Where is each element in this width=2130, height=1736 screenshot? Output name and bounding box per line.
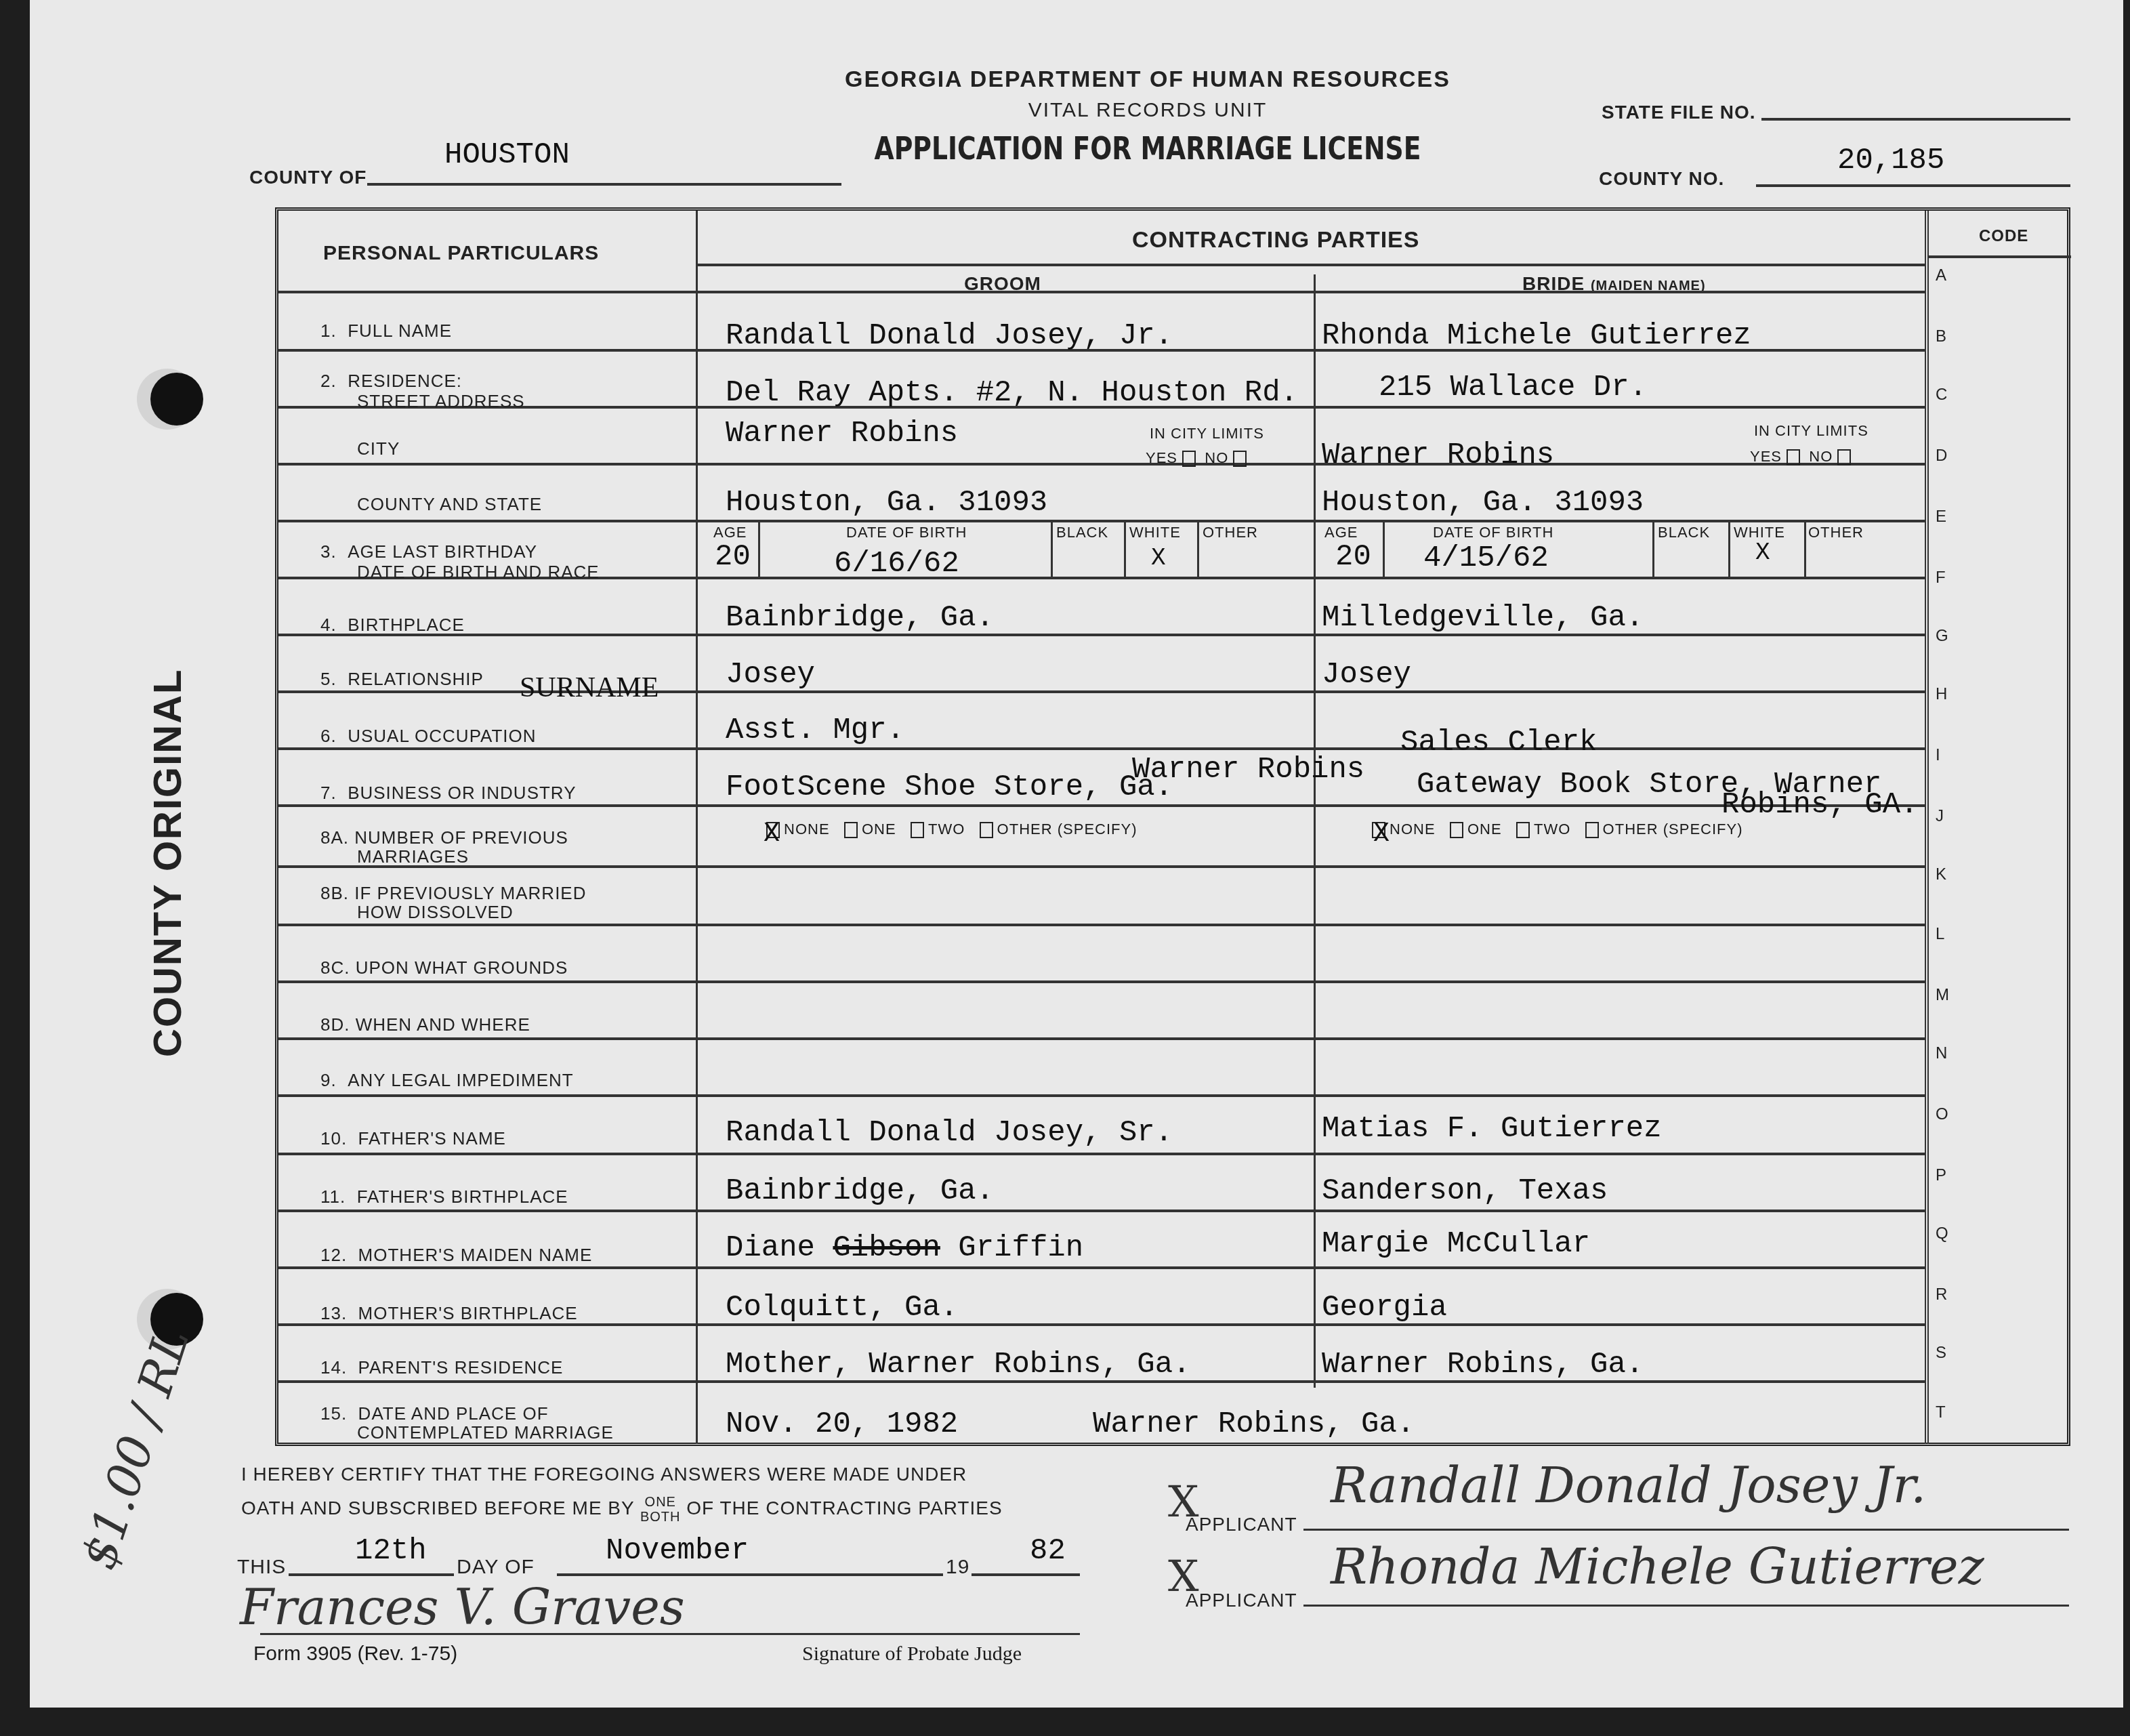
row-label-age: 3. AGE LAST BIRTHDAY [320,541,537,562]
divider [1925,211,1929,1444]
surname-annotation: SURNAME [520,671,659,704]
state-file-no-line [1761,118,2070,121]
divider [1197,520,1199,577]
groom-business: FootScene Shoe Store, Ga. [726,770,1173,804]
groom-marriage-options: NONE ONE TWO OTHER (SPECIFY) [766,821,1137,838]
bride-business-cont: Robins, GA. [1721,788,1918,822]
struck-out-name: Gibson [833,1231,940,1265]
year-prefix: 19 [946,1556,969,1579]
groom-in-city-limits-label: IN CITY LIMITS [1150,425,1264,442]
county-no-label: COUNTY NO. [1599,168,1724,190]
row-number: 8D. [320,1014,350,1035]
divider [1728,520,1730,577]
month-value: November [606,1534,749,1568]
row-label-text: FATHER'S BIRTHPLACE [357,1186,568,1207]
row-label-text: FULL NAME [348,321,452,341]
row-number: 4. [320,615,337,635]
bride-relationship: Josey [1322,658,1411,692]
no-label: NO [1205,449,1228,466]
groom-signature: Randall Donald Josey Jr. [1331,1457,1926,1514]
bride-race-white-mark: X [1755,539,1770,566]
groom-mother-birthplace: Colquitt, Ga. [726,1291,958,1325]
bride-marriage-options: NONE ONE TWO OTHER (SPECIFY) [1372,821,1743,838]
personal-particulars-header: PERSONAL PARTICULARS [323,242,599,265]
divider [278,1210,1925,1212]
row-label-text: WHEN AND WHERE [356,1014,530,1035]
bride-street-address: 215 Wallace Dr. [1379,371,1647,405]
row-label-residence: 2. RESIDENCE: [320,371,462,392]
row-label-text: NUMBER OF PREVIOUS [354,827,568,848]
groom-none-mark: X [764,819,780,850]
bride-none-mark: X [1373,819,1390,850]
county-of-line [367,183,841,186]
row-label-street-address: STREET ADDRESS [357,391,525,412]
row-label-text: DATE AND PLACE OF [358,1403,549,1424]
option-one: ONE [862,821,896,838]
groom-city-no-checkbox[interactable] [1233,451,1247,467]
groom-dob-label: DATE OF BIRTH [846,524,967,541]
option-two: TWO [1534,821,1570,838]
code-o: O [1936,1105,1948,1124]
row-label-mother-maiden-name: 12. MOTHER'S MAIDEN NAME [320,1245,592,1266]
bride-occupation: Sales Clerk [1400,726,1597,760]
row-number: 9. [320,1070,337,1090]
code-header: CODE [1979,227,2028,246]
bride-city-limits-options: YES NO [1750,448,1855,466]
code-p: P [1936,1166,1946,1185]
row-label-full-name: 1. FULL NAME [320,321,452,342]
row-number: 13. [320,1303,347,1323]
row-number: 8C. [320,957,350,978]
row-label-how-dissolved-2: HOW DISSOLVED [357,902,514,923]
judge-signature-caption: Signature of Probate Judge [802,1642,1022,1666]
code-f: F [1936,569,1946,587]
row-label-text: MOTHER'S MAIDEN NAME [358,1245,593,1265]
code-i: I [1936,746,1940,765]
month-line [557,1573,943,1576]
code-m: M [1936,986,1949,1005]
divider [1051,520,1053,577]
divider [278,980,1925,983]
divider [278,747,1925,750]
groom-dob: 6/16/62 [834,547,959,581]
row-label-text: AGE LAST BIRTHDAY [348,541,537,562]
row-number: 2. [320,371,337,391]
option-none: NONE [784,821,830,838]
row-label-text: UPON WHAT GROUNDS [356,957,568,978]
groom-race-white-mark: X [1151,544,1166,572]
bride-age-label: AGE [1324,524,1358,541]
code-g: G [1936,627,1948,646]
applicant-1-label: APPLICANT [1186,1514,1297,1535]
groom-age: 20 [715,540,751,574]
row-label-impediment: 9. ANY LEGAL IMPEDIMENT [320,1070,574,1091]
no-label: NO [1809,448,1833,465]
groom-city: Warner Robins [726,417,958,451]
bride-race-black-label: BLACK [1658,524,1710,541]
divider [1124,520,1126,577]
row-label-text: ANY LEGAL IMPEDIMENT [348,1070,574,1090]
code-c: C [1936,386,1947,405]
row-label-when-where: 8D. WHEN AND WHERE [320,1014,530,1035]
groom-father-birthplace: Bainbridge, Ga. [726,1174,994,1208]
document-page: COUNTY ORIGINAL $1.00 / RL GEORGIA DEPAR… [30,0,2123,1708]
option-other: OTHER (SPECIFY) [997,821,1137,838]
bride-signature: Rhonda Michele Gutierrez [1331,1538,1984,1595]
bride-city-yes-checkbox[interactable] [1787,449,1800,466]
groom-mother-maiden-name: Diane Gibson Griffin [726,1231,1083,1265]
this-label: THIS [237,1556,286,1579]
row-label-business: 7. BUSINESS OR INDUSTRY [320,783,577,804]
day-value: 12th [355,1534,427,1568]
certification-line-1: I HEREBY CERTIFY THAT THE FOREGOING ANSW… [241,1464,967,1485]
year-line [972,1573,1080,1576]
yes-label: YES [1750,448,1782,465]
row-label-county-state: COUNTY AND STATE [357,494,542,515]
state-file-no-label: STATE FILE NO. [1602,102,1756,123]
bride-dob: 4/15/62 [1423,541,1549,575]
punch-hole [150,373,203,426]
bride-father-birthplace: Sanderson, Texas [1322,1174,1608,1208]
row-label-relationship: 5. RELATIONSHIP [320,669,484,690]
row-label-dob-race: DATE OF BIRTH AND RACE [357,562,600,583]
county-of-label: COUNTY OF [249,167,367,188]
contracting-parties-header: CONTRACTING PARTIES [1132,227,1419,253]
row-label-city: CITY [357,438,400,459]
bride-age: 20 [1335,540,1371,574]
code-l: L [1936,925,1944,944]
code-j: J [1936,807,1944,826]
code-s: S [1936,1344,1946,1363]
groom-age-label: AGE [713,524,747,541]
divider [1929,255,2071,258]
row-label-how-dissolved: 8B. IF PREVIOUSLY MARRIED [320,883,586,904]
code-d: D [1936,447,1947,466]
groom-father-name: Randall Donald Josey, Sr. [726,1116,1173,1150]
row-label-text: BIRTHPLACE [348,615,465,635]
row-label-text: RESIDENCE: [348,371,462,391]
code-r: R [1936,1285,1947,1304]
row-label-mother-birthplace: 13. MOTHER'S BIRTHPLACE [320,1303,578,1324]
code-t: T [1936,1403,1946,1422]
groom-business-overtype: Warner Robins [1132,753,1364,787]
row-label-grounds: 8C. UPON WHAT GROUNDS [320,957,568,978]
row-number: 5. [320,669,337,689]
row-label-father-name: 10. FATHER'S NAME [320,1128,506,1149]
county-of-value: HOUSTON [444,138,570,172]
row-number: 7. [320,783,337,803]
bride-two-checkbox[interactable] [1516,822,1530,838]
divider [278,463,1925,466]
row-label-text: MOTHER'S BIRTHPLACE [358,1303,578,1323]
yes-label: YES [1146,449,1177,466]
bride-dob-label: DATE OF BIRTH [1433,524,1553,541]
divider [278,1266,1925,1269]
divider [696,211,698,1444]
judge-signature-line [260,1633,1080,1635]
row-label-previous-marriages: 8A. NUMBER OF PREVIOUS [320,827,568,848]
bride-mother-birthplace: Georgia [1322,1291,1447,1325]
fee-handwritten-note: $1.00 / RL [70,1321,201,1575]
row-label-occupation: 6. USUAL OCCUPATION [320,726,537,747]
bride-mother-maiden-name: Margie McCullar [1322,1227,1590,1261]
row-number: 8A. [320,827,349,848]
groom-other-checkbox[interactable] [980,822,993,838]
row-number: 8B. [320,883,349,903]
row-label-text: IF PREVIOUSLY MARRIED [354,883,586,903]
mother-first-name: Diane [726,1231,815,1265]
groom-parent-residence: Mother, Warner Robins, Ga. [726,1348,1191,1382]
divider [1652,520,1654,577]
day-of-label: DAY OF [457,1556,535,1579]
row-number: 15. [320,1403,347,1424]
groom-occupation: Asst. Mgr. [726,714,904,747]
divider [758,520,760,577]
code-h: H [1936,685,1947,704]
bride-one-checkbox[interactable] [1450,822,1463,838]
bride-father-name: Matias F. Gutierrez [1322,1112,1662,1146]
row-label-father-birthplace: 11. FATHER'S BIRTHPLACE [320,1186,568,1207]
groom-race-other-label: OTHER [1203,524,1258,541]
applicant-2-line[interactable] [1303,1605,2069,1607]
county-original-label: COUNTY ORIGINAL [145,669,190,1058]
row-label-text: FATHER'S NAME [358,1128,506,1149]
cert-both: BOTH [640,1510,681,1525]
bride-race-other-label: OTHER [1808,524,1864,541]
bride-other-checkbox[interactable] [1585,822,1599,838]
probate-judge-signature: Frances V. Graves [240,1579,685,1636]
groom-two-checkbox[interactable] [911,822,924,838]
row-number: 6. [320,726,337,746]
year-value: 82 [1030,1534,1066,1568]
divider [278,804,1925,807]
row-number: 1. [320,321,337,341]
code-n: N [1936,1044,1947,1063]
row-label-contemplated-2: CONTEMPLATED MARRIAGE [357,1422,614,1443]
groom-race-white-label: WHITE [1129,524,1181,541]
day-line [289,1573,454,1576]
bride-birthplace: Milledgeville, Ga. [1322,601,1644,635]
groom-race-black-label: BLACK [1056,524,1108,541]
cert-one: ONE [645,1495,676,1510]
groom-birthplace: Bainbridge, Ga. [726,601,994,635]
form-title: APPLICATION FOR MARRIAGE LICENSE [814,130,1481,167]
agency-name: GEORGIA DEPARTMENT OF HUMAN RESOURCES [741,66,1554,93]
divider [1804,520,1806,577]
row-label-text: BUSINESS OR INDUSTRY [348,783,576,803]
groom-relationship: Josey [726,658,815,692]
divider [278,291,1925,293]
row-number: 3. [320,541,337,562]
row-number: 10. [320,1128,347,1149]
county-no-value: 20,185 [1837,144,1944,178]
option-other: OTHER (SPECIFY) [1603,821,1743,838]
row-number: 11. [320,1186,346,1207]
cert-text-b: OF THE CONTRACTING PARTIES [686,1497,1002,1518]
row-label-birthplace: 4. BIRTHPLACE [320,615,465,636]
code-q: Q [1936,1224,1948,1243]
bride-city-no-checkbox[interactable] [1837,449,1851,466]
applicant-1-line[interactable] [1303,1529,2069,1531]
groom-county-state: Houston, Ga. 31093 [726,486,1047,520]
divider [278,865,1925,868]
divider [278,634,1925,636]
groom-city-limits-options: YES NO [1146,449,1251,467]
row-number: 12. [320,1245,347,1265]
groom-street-address: Del Ray Apts. #2, N. Houston Rd. [726,376,1298,410]
option-one: ONE [1467,821,1502,838]
row-label-text: USUAL OCCUPATION [348,726,536,746]
groom-full-name: Randall Donald Josey, Jr. [726,319,1173,353]
mother-maiden-name: Griffin [958,1231,1083,1265]
row-number: 14. [320,1357,347,1378]
divider [278,924,1925,926]
code-b: B [1936,327,1946,346]
divider [278,520,1925,522]
unit-name: VITAL RECORDS UNIT [741,99,1554,122]
applicant-2-label: APPLICANT [1186,1590,1297,1611]
option-none: NONE [1390,821,1436,838]
code-a: A [1936,266,1946,285]
groom-city-yes-checkbox[interactable] [1182,451,1196,467]
groom-one-checkbox[interactable] [844,822,858,838]
particulars-table: PERSONAL PARTICULARS CONTRACTING PARTIES… [275,207,2070,1446]
divider [1383,520,1385,577]
bride-full-name: Rhonda Michele Gutierrez [1322,319,1751,353]
divider [696,264,1925,266]
bride-parent-residence: Warner Robins, Ga. [1322,1348,1644,1382]
form-number: Form 3905 (Rev. 1-75) [253,1642,457,1666]
row-label-marriages: MARRIAGES [357,846,469,867]
bride-in-city-limits-label: IN CITY LIMITS [1754,422,1868,440]
code-k: K [1936,865,1946,884]
divider [1314,274,1316,1388]
code-e: E [1936,508,1946,526]
row-label-contemplated: 15. DATE AND PLACE OF [320,1403,549,1424]
bride-city: Warner Robins [1322,438,1554,472]
marriage-date: Nov. 20, 1982 [726,1407,958,1441]
divider [278,1037,1925,1040]
bride-county-state: Houston, Ga. 31093 [1322,486,1644,520]
cert-text-a: OATH AND SUBSCRIBED BEFORE ME BY [241,1497,634,1518]
row-label-text: RELATIONSHIP [348,669,484,689]
row-label-text: PARENT'S RESIDENCE [358,1357,564,1378]
row-label-parent-residence: 14. PARENT'S RESIDENCE [320,1357,563,1378]
option-two: TWO [928,821,965,838]
divider [278,1153,1925,1155]
certification-line-2: OATH AND SUBSCRIBED BEFORE ME BY ONEBOTH… [241,1495,1003,1525]
county-no-line [1756,184,2070,187]
divider [278,1094,1925,1097]
marriage-place: Warner Robins, Ga. [1093,1407,1415,1441]
